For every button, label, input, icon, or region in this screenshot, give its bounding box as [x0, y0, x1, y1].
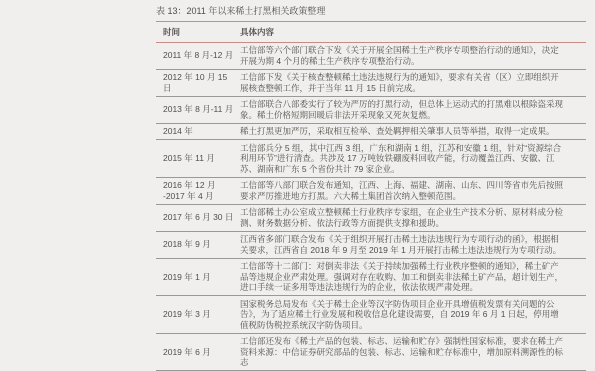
row-content: 国家税务总局发布《关于稀土企业等汉字防伪项目企业开具增值税发票有关问题的公告》，…: [240, 299, 586, 331]
row-content: 工信部联合八部委实行了较为严厉的打黑行动，但总体上运动式的打黑难以根除盗采现象。…: [240, 99, 586, 120]
content-line: 稀土打黑更加严厉，采取相互检举、查处羁押相关肇事人员等举措，取得一定成果。: [240, 126, 586, 137]
table-body: 2011 年 8 月-12 月 工信部等六个部门联合下发《关于开展全国稀土生产秩…: [156, 43, 586, 365]
content-line: 工信部等八部门联合发布通知，江西、上海、福建、湖南、山东、四川等省市先后按照: [240, 180, 586, 191]
table-row: 2017 年 6 月 30 日 工信部稀土办公室成立整顿稀土行业秩序专家组，在企…: [156, 205, 586, 232]
content-line: 工信部还发布《稀土产品的包装、标志、运输和贮存》强制性国家标准，要求在稀土产: [240, 336, 586, 347]
content-line: 国家税务总局发布《关于稀土企业等汉字防伪项目企业开具增值税发票有关问题的公: [240, 299, 586, 310]
content-line: 关要求，江西省自 2018 年 9 月至 2019 年 1 月开展打击稀土违法违…: [240, 245, 586, 256]
row-time: 2015 年 11 月: [156, 143, 240, 175]
table-row: 2016 年 12 月 -2017 年 4 月 工信部等八部门联合发布通知，江西…: [156, 178, 586, 205]
policy-table: 时间 具体内容 2011 年 8 月-12 月 工信部等六个部门联合下发《关于开…: [156, 22, 586, 364]
row-time: 2016 年 12 月 -2017 年 4 月: [156, 180, 240, 201]
row-time: 2014 年: [156, 126, 240, 137]
column-header-time: 时间: [156, 27, 240, 38]
table-row: 2011 年 8 月-12 月 工信部等六个部门联合下发《关于开展全国稀土生产秩…: [156, 43, 586, 70]
content-line: 进口手续一证多用等违法违规行为的企业，依法依规严肃处理。: [240, 282, 586, 293]
table-row: 2018 年 9 月 江西省多部门联合发布《关于组织开展打击稀土违法违规行为专项…: [156, 232, 586, 259]
row-content: 工信部还发布《稀土产品的包装、标志、运输和贮存》强制性国家标准，要求在稀土产资料…: [240, 336, 586, 364]
column-header-content: 具体内容: [240, 27, 586, 38]
content-line: 开展为期 4 个月的稀土生产秩序专项整治行动。: [240, 56, 586, 67]
table-header-row: 时间 具体内容: [156, 22, 586, 43]
content-line: 象。稀土价格短期回暖后非法开采现象又死灰复燃。: [240, 110, 586, 121]
table-row: 2012 年 10 月 15 日 工信部下发《关于核查整顿稀土违法违规行为的通知…: [156, 70, 586, 97]
row-content: 江西省多部门联合发布《关于组织开展打击稀土违法违规行为专项行动的函》，根据相关要…: [240, 234, 586, 255]
row-time: 2017 年 6 月 30 日: [156, 207, 240, 228]
content-line: 工信部等十二部门：对倒卖非法《关于持续加强稀土行业秩序整顿的通知》，稀土矿产: [240, 261, 586, 272]
row-content: 工信部稀土办公室成立整顿稀土行业秩序专家组，在企业生产技术分析、原材料成分检测、…: [240, 207, 586, 228]
content-line: 资料来源：中信证券研究部品的包装、标志、运输和贮存标准中，增加原料溯源性的标: [240, 347, 586, 358]
table-row: 2013 年 8 月-11 月 工信部联合八部委实行了较为严厉的打黑行动，但总体…: [156, 97, 586, 124]
content-line: 工信部等六个部门联合下发《关于开展全国稀土生产秩序专项整治行动的通知》，决定: [240, 45, 586, 56]
content-line: 值税防伪税控系统汉字防伪项目。: [240, 320, 586, 331]
content-line: 利用环节”进行清查。共涉及 17 万吨钕铁硼废料回收产能，行动覆盖江西、安徽、江: [240, 153, 586, 164]
content-line: 工信部联合八部委实行了较为严厉的打黑行动，但总体上运动式的打黑难以根除盗采现: [240, 99, 586, 110]
row-time: 2013 年 8 月-11 月: [156, 99, 240, 120]
row-content: 工信部等十二部门：对倒卖非法《关于持续加强稀土行业秩序整顿的通知》，稀土矿产品等…: [240, 261, 586, 293]
table-row: 2019 年 3 月 国家税务总局发布《关于稀土企业等汉字防伪项目企业开具增值税…: [156, 296, 586, 334]
row-content: 工信部兵分 5 组，其中江西 3 组，广东和湖南 1 组，江苏和安徽 1 组，针…: [240, 143, 586, 175]
content-line: 志: [240, 357, 586, 364]
table-row: 2014 年 稀土打黑更加严厉，采取相互检举、查处羁押相关肇事人员等举措，取得一…: [156, 124, 586, 141]
content-line: 江西省多部门联合发布《关于组织开展打击稀土违法违规行为专项行动的函》，根据相: [240, 234, 586, 245]
report-table-section: 表 13：2011 年以来稀土打黑相关政策整理 时间 具体内容 2011 年 8…: [156, 6, 586, 364]
row-content: 工信部等六个部门联合下发《关于开展全国稀土生产秩序专项整治行动的通知》，决定开展…: [240, 45, 586, 66]
row-time: 2019 年 6 月: [156, 336, 240, 364]
content-line: 工信部下发《关于核查整顿稀土违法违规行为的通知》，要求有关省（区）立即组织开: [240, 72, 586, 83]
content-line: 苏、湖南和广东 5 个省份共计 79 家企业。: [240, 164, 586, 175]
content-line: 品等违规企业严肃处理。强调对存在收购、加工和倒卖非法稀土矿产品，超计划生产，: [240, 272, 586, 283]
table-row: 2019 年 6 月 工信部还发布《稀土产品的包装、标志、运输和贮存》强制性国家…: [156, 334, 586, 365]
table-title: 表 13：2011 年以来稀土打黑相关政策整理: [156, 6, 586, 22]
table-row: 2019 年 1 月 工信部等十二部门：对倒卖非法《关于持续加强稀土行业秩序整顿…: [156, 259, 586, 297]
content-line: 展核查整顿工作，并于当年 11 月 15 日前完成。: [240, 83, 586, 94]
content-line: 测、财务数据分析、依法行政等方面提供支撑和援助。: [240, 218, 586, 229]
row-time: 2012 年 10 月 15 日: [156, 72, 240, 93]
row-content: 稀土打黑更加严厉，采取相互检举、查处羁押相关肇事人员等举措，取得一定成果。: [240, 126, 586, 137]
content-line: 工信部稀土办公室成立整顿稀土行业秩序专家组，在企业生产技术分析、原材料成分检: [240, 207, 586, 218]
row-time: 2019 年 3 月: [156, 299, 240, 331]
content-line: 工信部兵分 5 组，其中江西 3 组，广东和湖南 1 组，江苏和安徽 1 组，针…: [240, 143, 586, 154]
row-time: 2018 年 9 月: [156, 234, 240, 255]
content-line: 要求严厉推进地方打黑。六大稀土集团首次纳入整顿范围。: [240, 191, 586, 202]
table-row: 2015 年 11 月 工信部兵分 5 组，其中江西 3 组，广东和湖南 1 组…: [156, 140, 586, 178]
content-line: 告》，为了适应稀土行业发展和税收信息化建设需要，自 2019 年 6 月 1 日…: [240, 309, 586, 320]
row-time: 2019 年 1 月: [156, 261, 240, 293]
row-time: 2011 年 8 月-12 月: [156, 45, 240, 66]
row-content: 工信部下发《关于核查整顿稀土违法违规行为的通知》，要求有关省（区）立即组织开展核…: [240, 72, 586, 93]
row-content: 工信部等八部门联合发布通知，江西、上海、福建、湖南、山东、四川等省市先后按照要求…: [240, 180, 586, 201]
